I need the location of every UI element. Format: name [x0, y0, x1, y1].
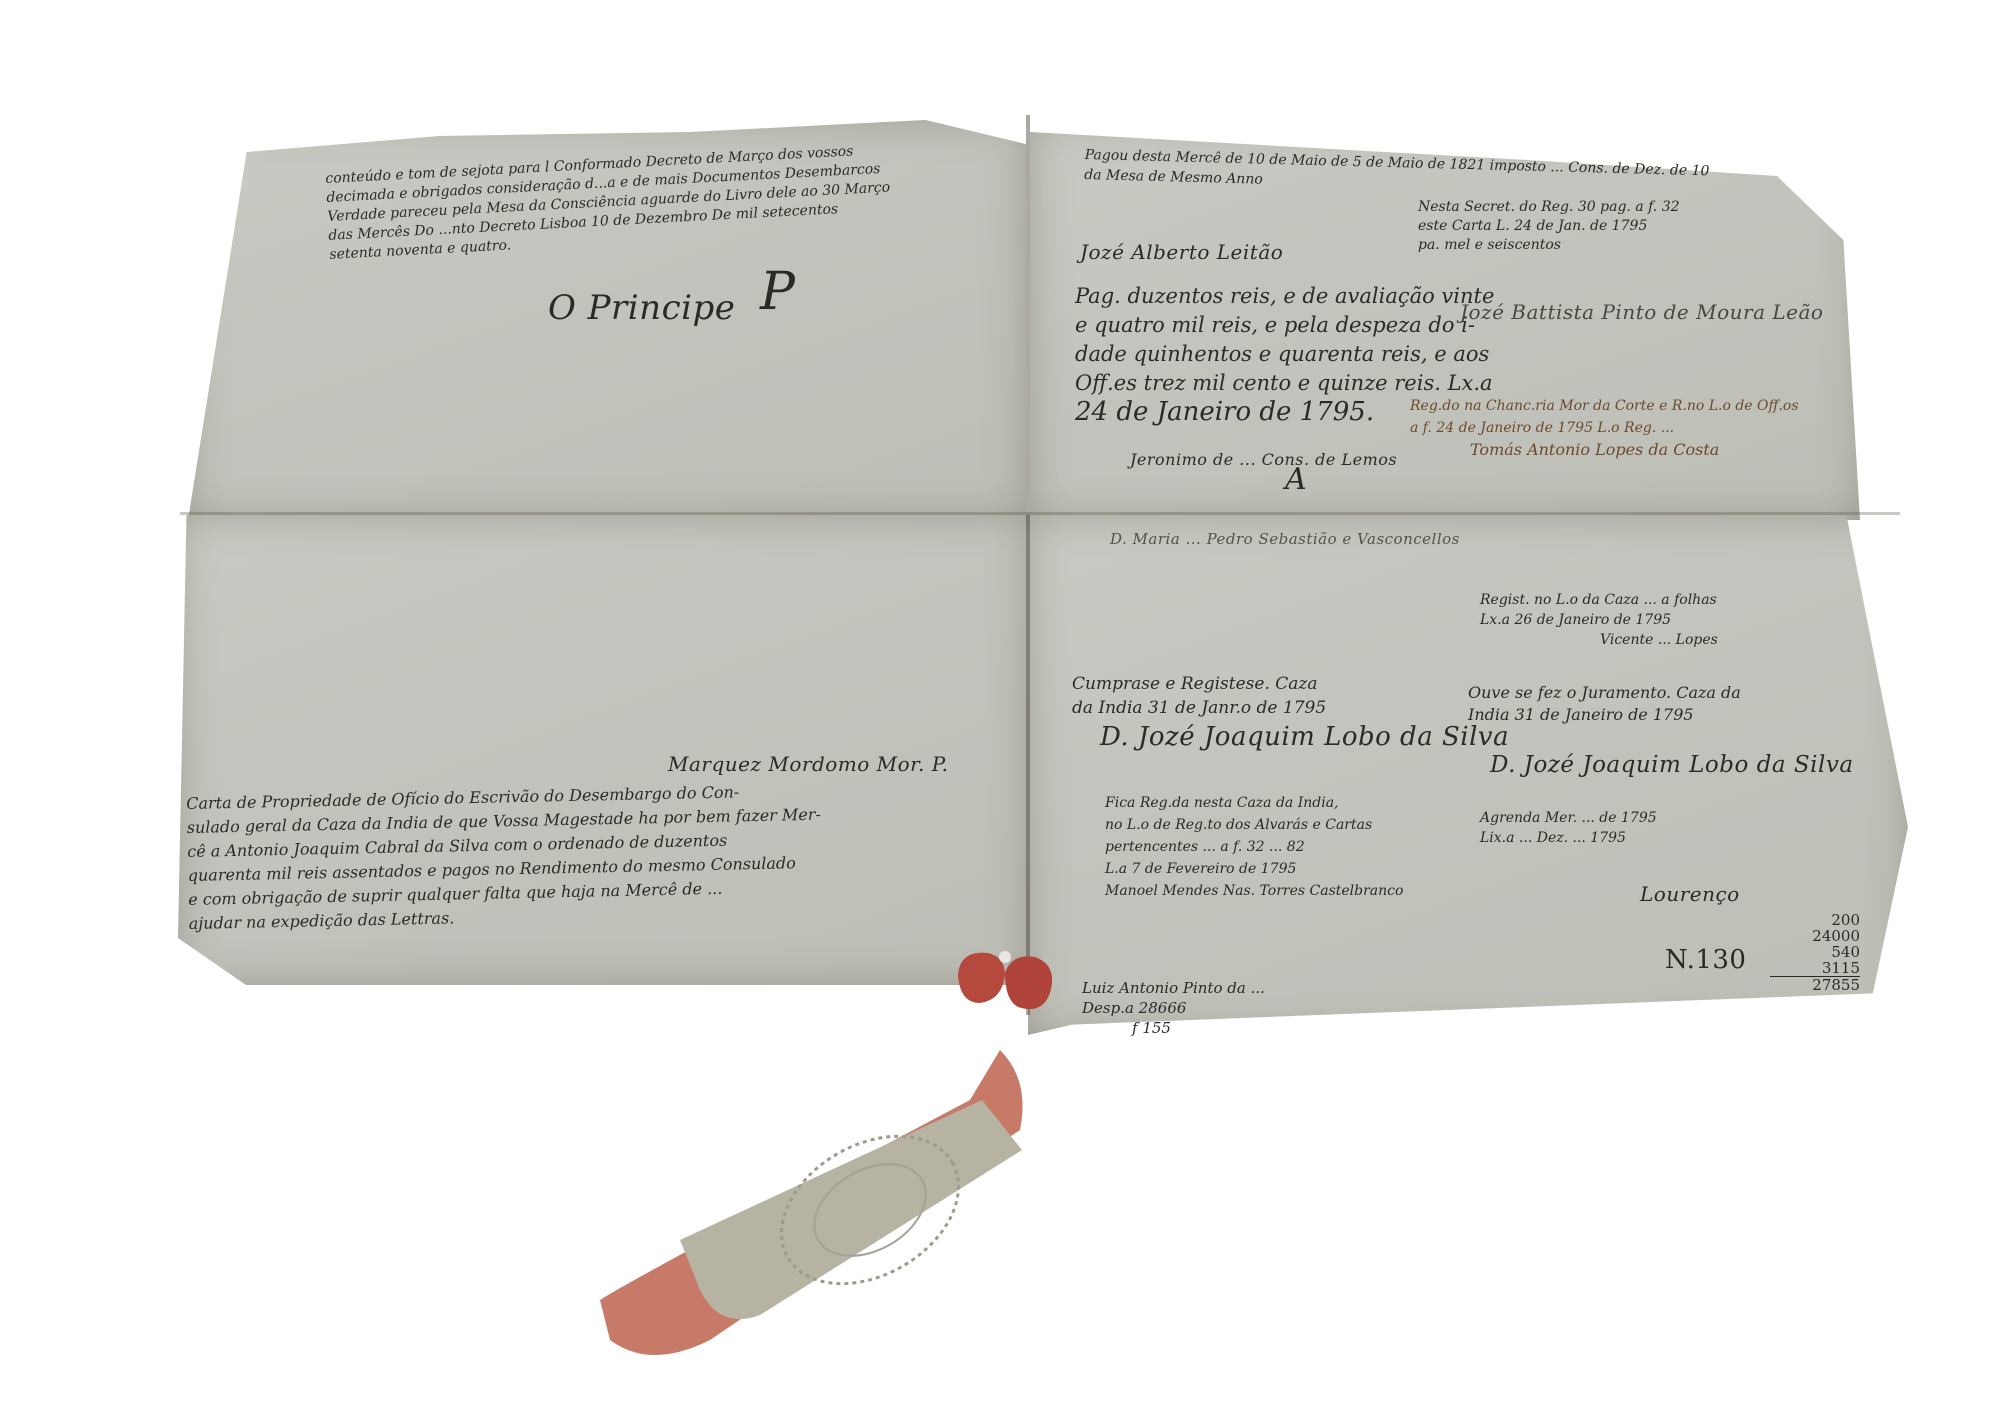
fold-line-text: D. Maria ... Pedro Sebastião e Vasconcel…: [1110, 530, 1460, 548]
sum-addend: 540: [1770, 944, 1860, 960]
text-line: f 155: [1082, 1018, 1265, 1038]
text-line: dade quinhentos e quarenta reis, e aos: [1075, 340, 1494, 369]
text-line: este Carta L. 24 de Jan. de 1795: [1418, 217, 1680, 236]
sum-addend: 3115: [1770, 960, 1860, 977]
lobo-da-silva-signature-2: D. Jozé Joaquim Lobo da Silva: [1490, 752, 1854, 778]
document-number: N.130: [1665, 945, 1746, 975]
fee-sum: 200 24000 540 3115 27855: [1770, 912, 1860, 993]
text-line: L.a 7 de Fevereiro de 1795: [1105, 858, 1403, 880]
registro-note: Regist. no L.o da Caza ... a folhas Lx.a…: [1480, 590, 1718, 650]
text-line: da India 31 de Janr.o de 1795: [1072, 696, 1326, 720]
text-line: Cumprase e Registese. Caza: [1072, 672, 1326, 696]
moura-leao-signature: Jozé Battista Pinto de Moura Leão: [1460, 300, 1823, 324]
text-line: pertencentes ... a f. 32 ... 82: [1105, 836, 1403, 858]
text-line: a f. 24 de Janeiro de 1795 L.o Reg. ...: [1410, 417, 1799, 439]
treasury-flourish-mark: A: [1285, 462, 1307, 497]
horizontal-fold-line: [180, 512, 1900, 515]
text-line: Lix.a ... Dez. ... 1795: [1480, 828, 1657, 848]
lobo-da-silva-signature-1: D. Jozé Joaquim Lobo da Silva: [1100, 722, 1509, 752]
text-line: Lx.a 26 de Janeiro de 1795: [1480, 610, 1718, 630]
center-gutter: [1026, 115, 1030, 1015]
text-line: Desp.a 28666: [1082, 998, 1265, 1018]
despacho-note: Luiz Antonio Pinto da ... Desp.a 28666 f…: [1082, 978, 1265, 1038]
text-line: Nesta Secret. do Reg. 30 pag. a f. 32: [1418, 198, 1680, 217]
text-line: Luiz Antonio Pinto da ...: [1082, 978, 1265, 998]
chancelaria-registration: Reg.do na Chanc.ria Mor da Corte e R.no …: [1410, 395, 1799, 461]
extra-note: Agrenda Mer. ... de 1795 Lix.a ... Dez. …: [1480, 808, 1657, 848]
charter-body: Carta de Propriedade de Ofício do Escriv…: [186, 779, 823, 936]
document-photo: conteúdo e tom de sejota para l Conforma…: [0, 0, 2000, 1425]
text-line: pa. mel e seiscentos: [1418, 236, 1680, 255]
text-line: e quatro mil reis, e pela despeza do i-: [1075, 311, 1494, 340]
treasury-signature: Jeronimo de ... Cons. de Lemos: [1130, 450, 1397, 469]
text-line: Fica Reg.da nesta Caza da India,: [1105, 792, 1403, 814]
text-line: India 31 de Janeiro de 1795: [1468, 704, 1741, 726]
principe-flourish-mark: P: [760, 262, 796, 322]
text-line: Off.es trez mil cento e quinze reis. Lx.…: [1075, 369, 1494, 398]
principe-signature: O Principe: [548, 288, 735, 328]
alberto-name: Jozé Alberto Leitão: [1080, 240, 1283, 264]
cumprase-note: Cumprase e Registese. Caza da India 31 d…: [1072, 672, 1326, 720]
sum-addend: 200: [1770, 912, 1860, 928]
text-line: Vicente ... Lopes: [1480, 630, 1718, 650]
ribbon-bow-icon: [950, 945, 1060, 1020]
text-line: Manoel Mendes Nas. Torres Castelbranco: [1105, 880, 1403, 902]
lourenco-signature: Lourenço: [1640, 882, 1740, 906]
juramento-note: Ouve se fez o Juramento. Caza da India 3…: [1468, 682, 1741, 726]
sum-total: 27855: [1770, 977, 1860, 993]
marquez-address: Marquez Mordomo Mor. P.: [668, 752, 949, 776]
text-line: no L.o de Reg.to dos Alvarás e Cartas: [1105, 814, 1403, 836]
text-line: Ouve se fez o Juramento. Caza da: [1468, 682, 1741, 704]
sum-addend: 24000: [1770, 928, 1860, 944]
casa-da-india-registry: Fica Reg.da nesta Caza da India, no L.o …: [1105, 792, 1403, 902]
text-line: Reg.do na Chanc.ria Mor da Corte e R.no …: [1410, 395, 1799, 417]
text-line: Pag. duzentos reis, e de avaliação vinte: [1075, 282, 1494, 311]
seal-ribbon-icon: [590, 1040, 1040, 1370]
text-line: Agrenda Mer. ... de 1795: [1480, 808, 1657, 828]
text-line: Regist. no L.o da Caza ... a folhas: [1480, 590, 1718, 610]
secretary-note: Nesta Secret. do Reg. 30 pag. a f. 32 es…: [1418, 198, 1680, 255]
text-line: Tomás Antonio Lopes da Costa: [1410, 439, 1799, 461]
